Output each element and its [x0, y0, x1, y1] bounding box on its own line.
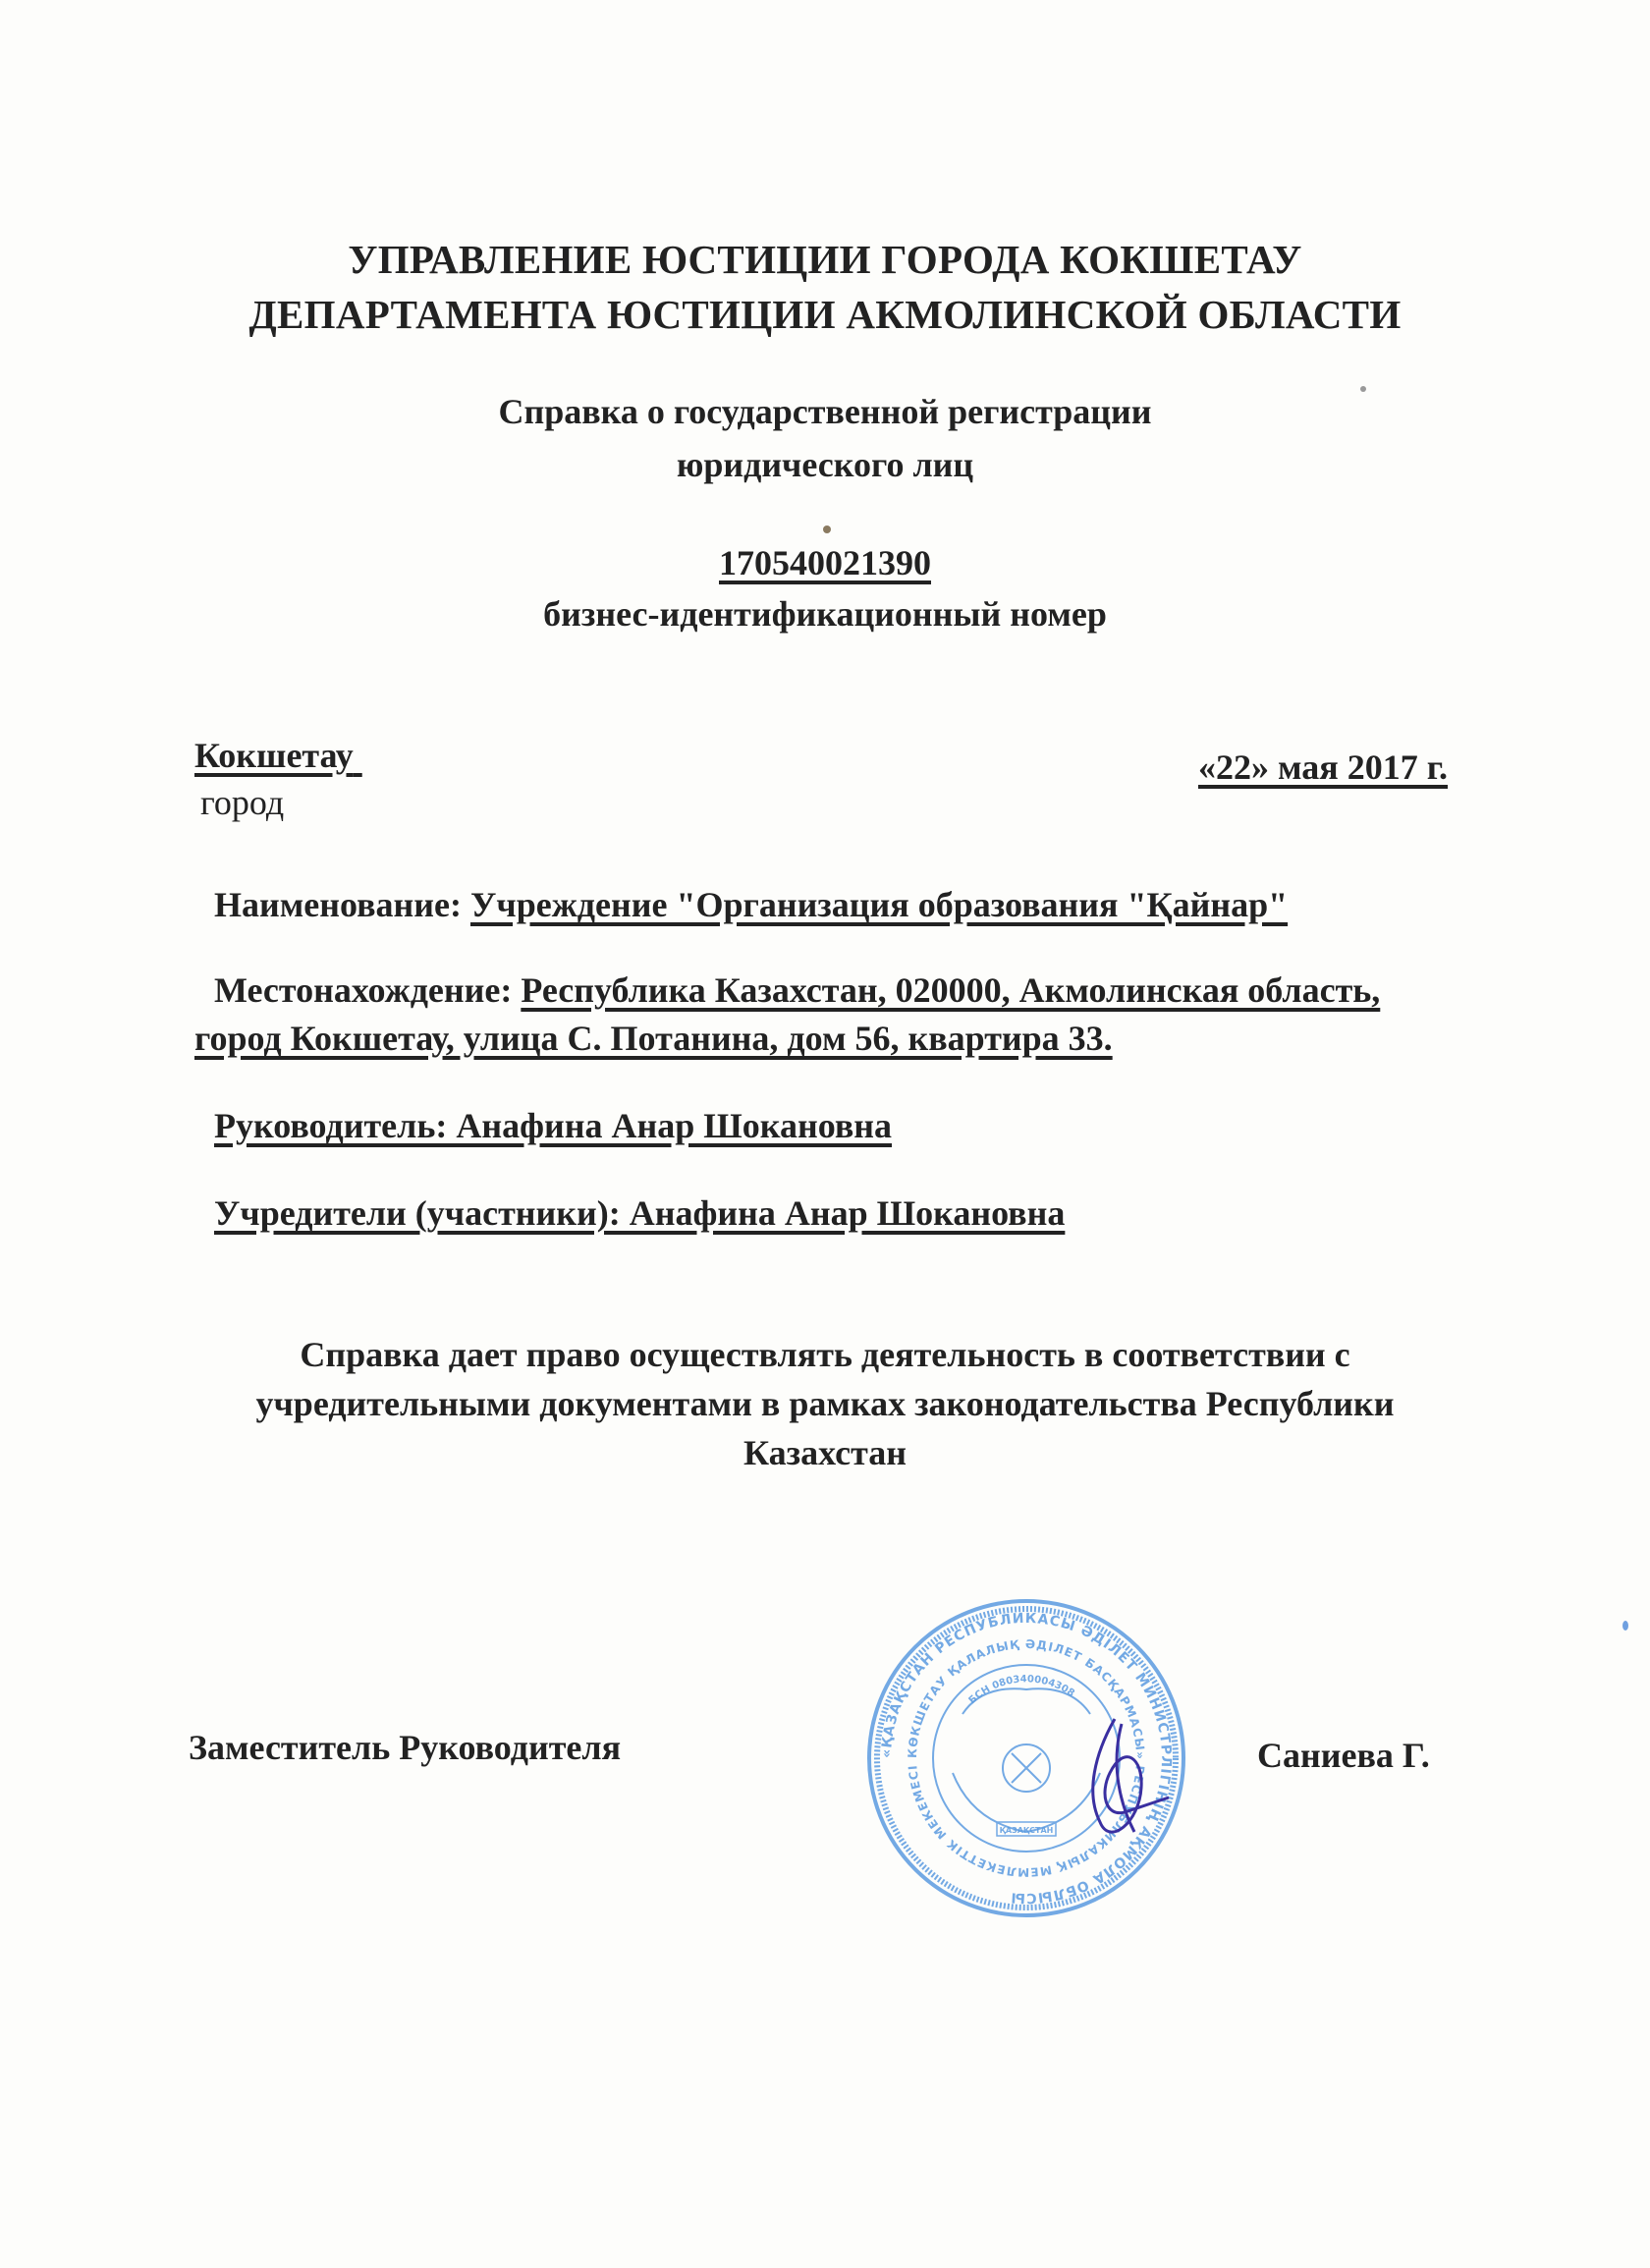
- title-line-1: Справка о государственной регистрации: [0, 391, 1650, 432]
- statement-line-1: Справка дает право осуществлять деятельн…: [0, 1334, 1650, 1375]
- city-label: город: [200, 782, 284, 823]
- location-value-1: Республика Казахстан, 020000, Акмолинска…: [521, 970, 1380, 1010]
- location-label: Местонахождение:: [214, 970, 512, 1010]
- location-value-2: город Кокшетау, улица С. Потанина, дом 5…: [194, 1019, 1113, 1058]
- head-field: Руководитель: Анафина Анар Шокановна: [214, 1106, 892, 1145]
- header-line-1: УПРАВЛЕНИЕ ЮСТИЦИИ ГОРОДА КОКШЕТАУ: [0, 236, 1650, 283]
- bin-number: 170540021390: [719, 543, 931, 582]
- city-value: Кокшетау: [194, 736, 354, 775]
- official-stamp-icon: «ҚАЗАҚСТАН РЕСПУБЛИКАСЫ ӘДІЛЕТ МИНИСТРЛІ…: [864, 1596, 1188, 1920]
- statement-line-2: учредительными документами в рамках зако…: [0, 1383, 1650, 1424]
- name-label: Наименование:: [214, 885, 462, 924]
- svg-text:БСН 080340004308: БСН 080340004308: [967, 1674, 1076, 1706]
- statement-line-3: Казахстан: [0, 1432, 1650, 1473]
- header-line-2: ДЕПАРТАМЕНТА ЮСТИЦИИ АКМОЛИНСКОЙ ОБЛАСТИ: [0, 291, 1650, 338]
- founders-field: Учредители (участники): Анафина Анар Шок…: [214, 1193, 1065, 1233]
- svg-text:ҚАЗАҚСТАН: ҚАЗАҚСТАН: [1000, 1826, 1054, 1835]
- signer-position: Заместитель Руководителя: [189, 1727, 621, 1768]
- svg-text:КӨКШЕТАУ ҚАЛАЛЫҚ ӘДІЛЕТ БАСҚАР: КӨКШЕТАУ ҚАЛАЛЫҚ ӘДІЛЕТ БАСҚАРМАСЫ» РЕСП…: [906, 1637, 1147, 1879]
- bin-label: бизнес-идентификационный номер: [0, 593, 1650, 635]
- signer-name: Саниева Г.: [1257, 1735, 1430, 1776]
- title-line-2: юридического лиц: [0, 444, 1650, 485]
- field-location-1: Местонахождение: Республика Казахстан, 0…: [214, 969, 1380, 1011]
- name-value: Учреждение "Организация образования "Қай…: [470, 885, 1288, 924]
- field-name: Наименование: Учреждение "Организация об…: [214, 884, 1288, 925]
- document-date: «22» мая 2017 г.: [1198, 747, 1448, 787]
